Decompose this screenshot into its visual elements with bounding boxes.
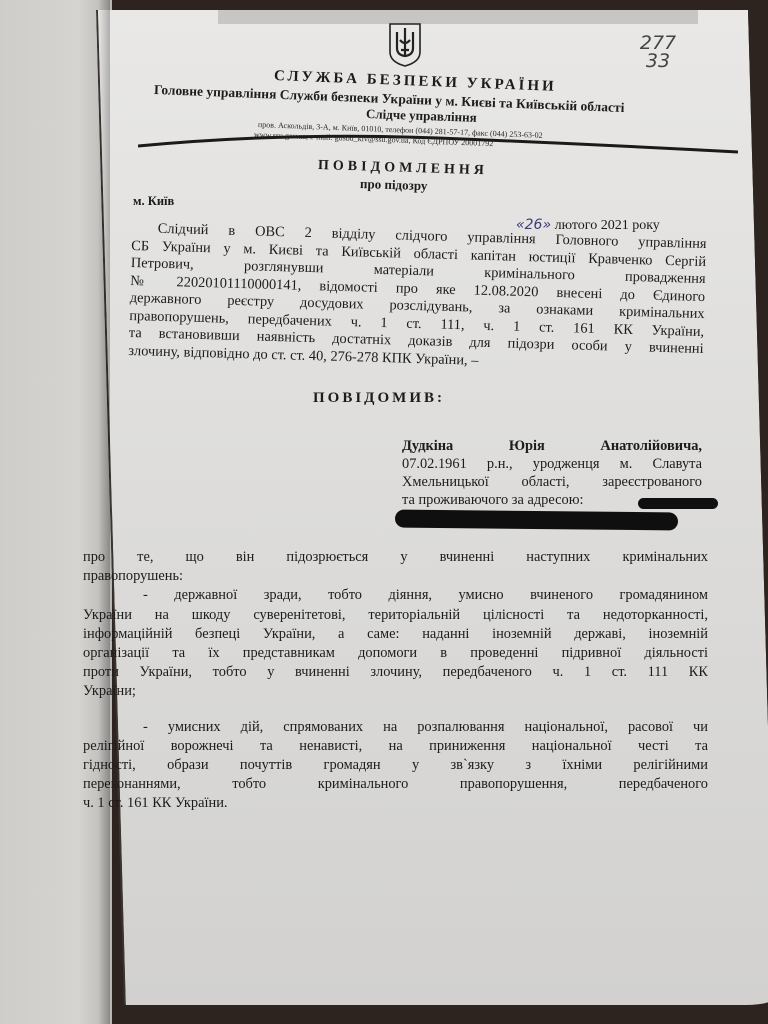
previous-page [0, 0, 112, 1024]
charge-2-line: гідності, образи почуттів громадян у зв`… [83, 756, 708, 775]
trident-coat-of-arms-icon [388, 22, 422, 68]
suspect-line: Хмельницької області, зареєстрованого [402, 473, 702, 491]
document-page: 277 33 СЛУЖБА БЕЗПЕКИ УКРАЇНИ Головне уп… [96, 10, 768, 1005]
header-divider [138, 130, 738, 160]
sheet-underneath [218, 10, 698, 24]
charge-1-line: інформаційній безпеці України, а саме: н… [83, 625, 708, 644]
division-name: Слідче управління [366, 106, 477, 126]
charge-2-line: релігійної ворожнечі та ненависті, на пр… [83, 737, 708, 756]
date-month-year: лютого 2021 року [555, 218, 660, 233]
charge-2-line: - умисних дій, спрямованих на розпалюван… [83, 718, 708, 737]
charge-2-line: переконаннями, тобто кримінального право… [83, 775, 708, 794]
page-number-bottom: 33 [628, 52, 688, 70]
charge-2-line: ч. 1 ст. 161 КК України. [83, 794, 708, 813]
suspicion-line: правопорушень: [83, 567, 708, 586]
charge-1-line: проти України, тобто у вчиненні злочину,… [83, 663, 708, 682]
intro-paragraph: Слідчий в ОВС 2 відділу слідчого управлі… [128, 220, 707, 376]
charge-1-line: України; [83, 682, 708, 701]
charge-1-line: організації та їх представникам допомоги… [83, 644, 708, 663]
charge-1-line: - державної зради, тобто діяння, умисно … [83, 586, 708, 605]
binding-shadow [98, 0, 110, 1024]
document-subtitle: про підозру [360, 176, 428, 194]
document-title: ПОВІДОМЛЕННЯ [318, 158, 488, 179]
suspect-name: Дудкіна Юрія Анатолійовича, [402, 437, 702, 455]
charges-text: про те, що він підозрюється у вчиненні н… [83, 548, 708, 814]
redacted-address [638, 498, 718, 509]
redacted-address [395, 510, 678, 531]
announced-heading: ПОВІДОМИВ: [313, 390, 445, 407]
charge-1-line: України на шкоду суверенітетові, територ… [83, 606, 708, 625]
suspicion-line: про те, що він підозрюється у вчиненні н… [83, 548, 708, 567]
city: м. Київ [133, 194, 174, 209]
suspect-line: 07.02.1961 р.н., уродженця м. Славута [402, 455, 702, 473]
handwritten-page-number: 277 33 [628, 34, 688, 70]
